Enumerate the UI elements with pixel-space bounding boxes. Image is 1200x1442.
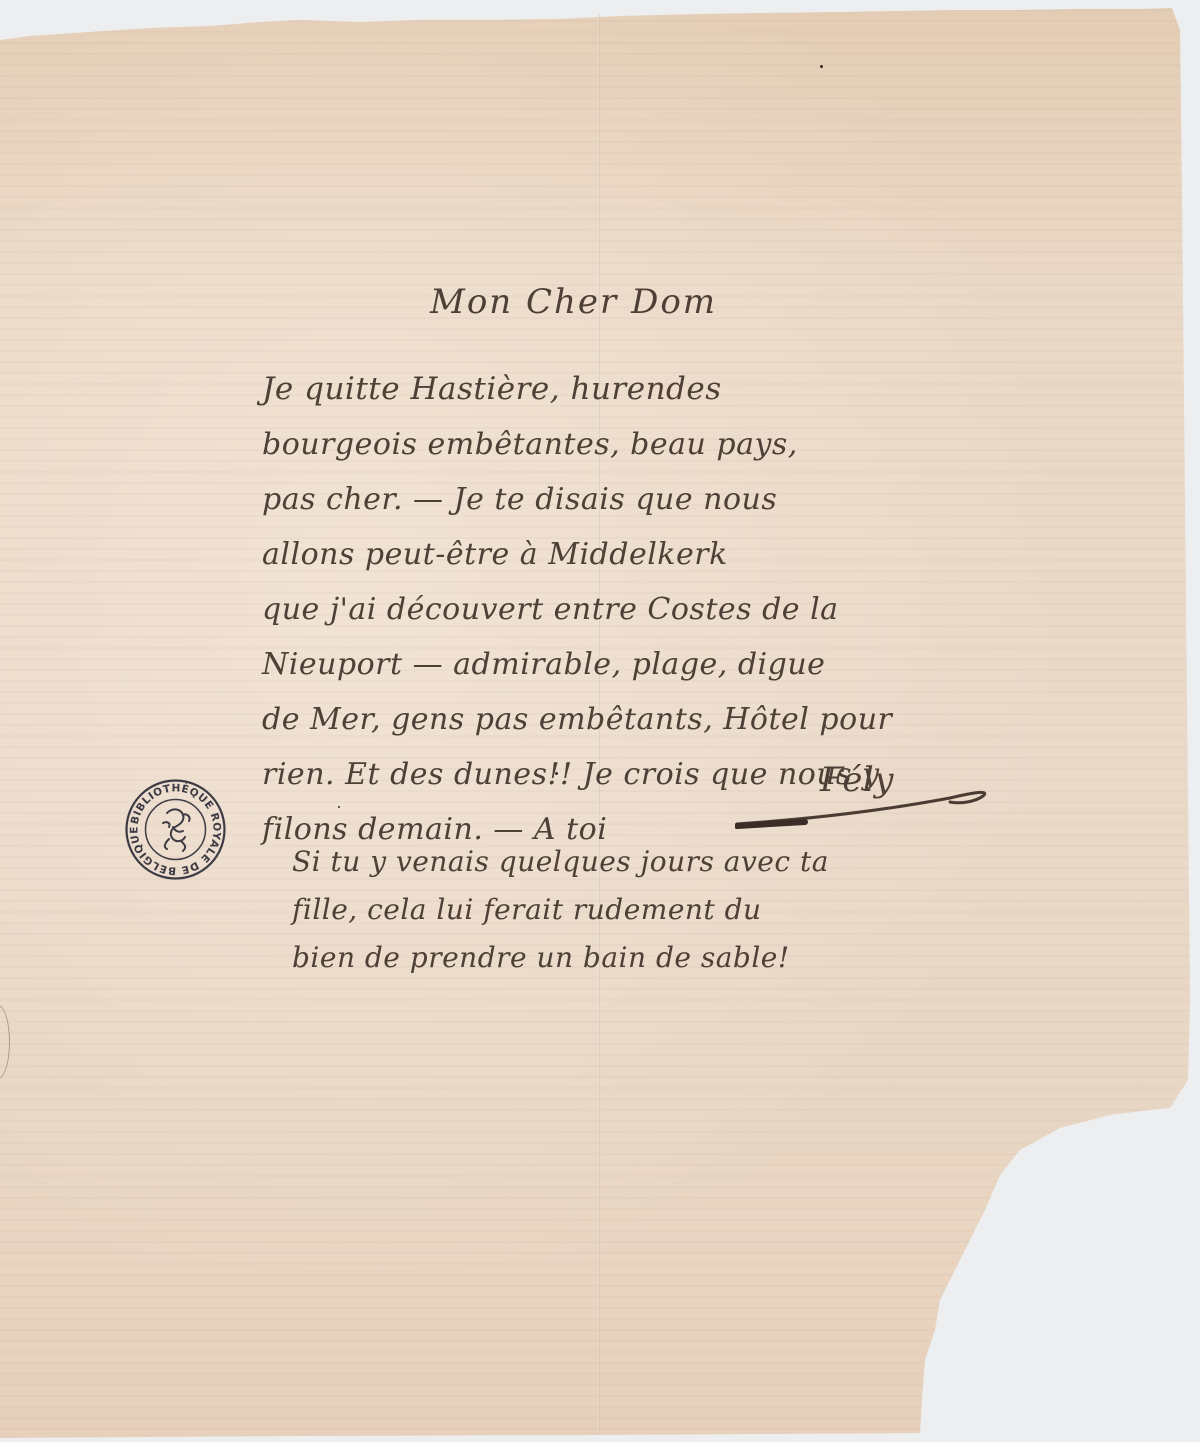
body-line: de Mer, gens pas embêtants, Hôtel pour [262,692,892,747]
postscript-line: bien de prendre un bain de sable! [292,934,829,982]
body-line: bourgeois embêtantes, beau pays, [262,417,892,472]
signature-flourish-icon [735,782,995,832]
postscript-line: fille, cela lui ferait rudement du [292,886,829,934]
lion-rampant-icon [163,809,190,851]
body-line: Je quitte Hastière, hurendes [262,362,892,417]
ink-speck [820,65,823,68]
library-stamp: BIBLIOTHÈQUE ROYALE DE BELGIQUE [123,777,228,882]
body-line: allons peut-être à Middelkerk [262,527,892,582]
body-line: Nieuport — admirable, plage, digue [262,637,892,692]
letter-postscript: Si tu y venais quelques jours avec ta fi… [292,838,829,982]
body-line: pas cher. — Je te disais que nous [262,472,892,527]
body-line: que j'ai découvert entre Costes de la [262,582,892,637]
letter-salutation: Mon Cher Dom [430,282,717,322]
scanned-letter: Mon Cher Dom Je quitte Hastière, hurende… [0,0,1200,1442]
postscript-line: Si tu y venais quelques jours avec ta [292,838,829,886]
